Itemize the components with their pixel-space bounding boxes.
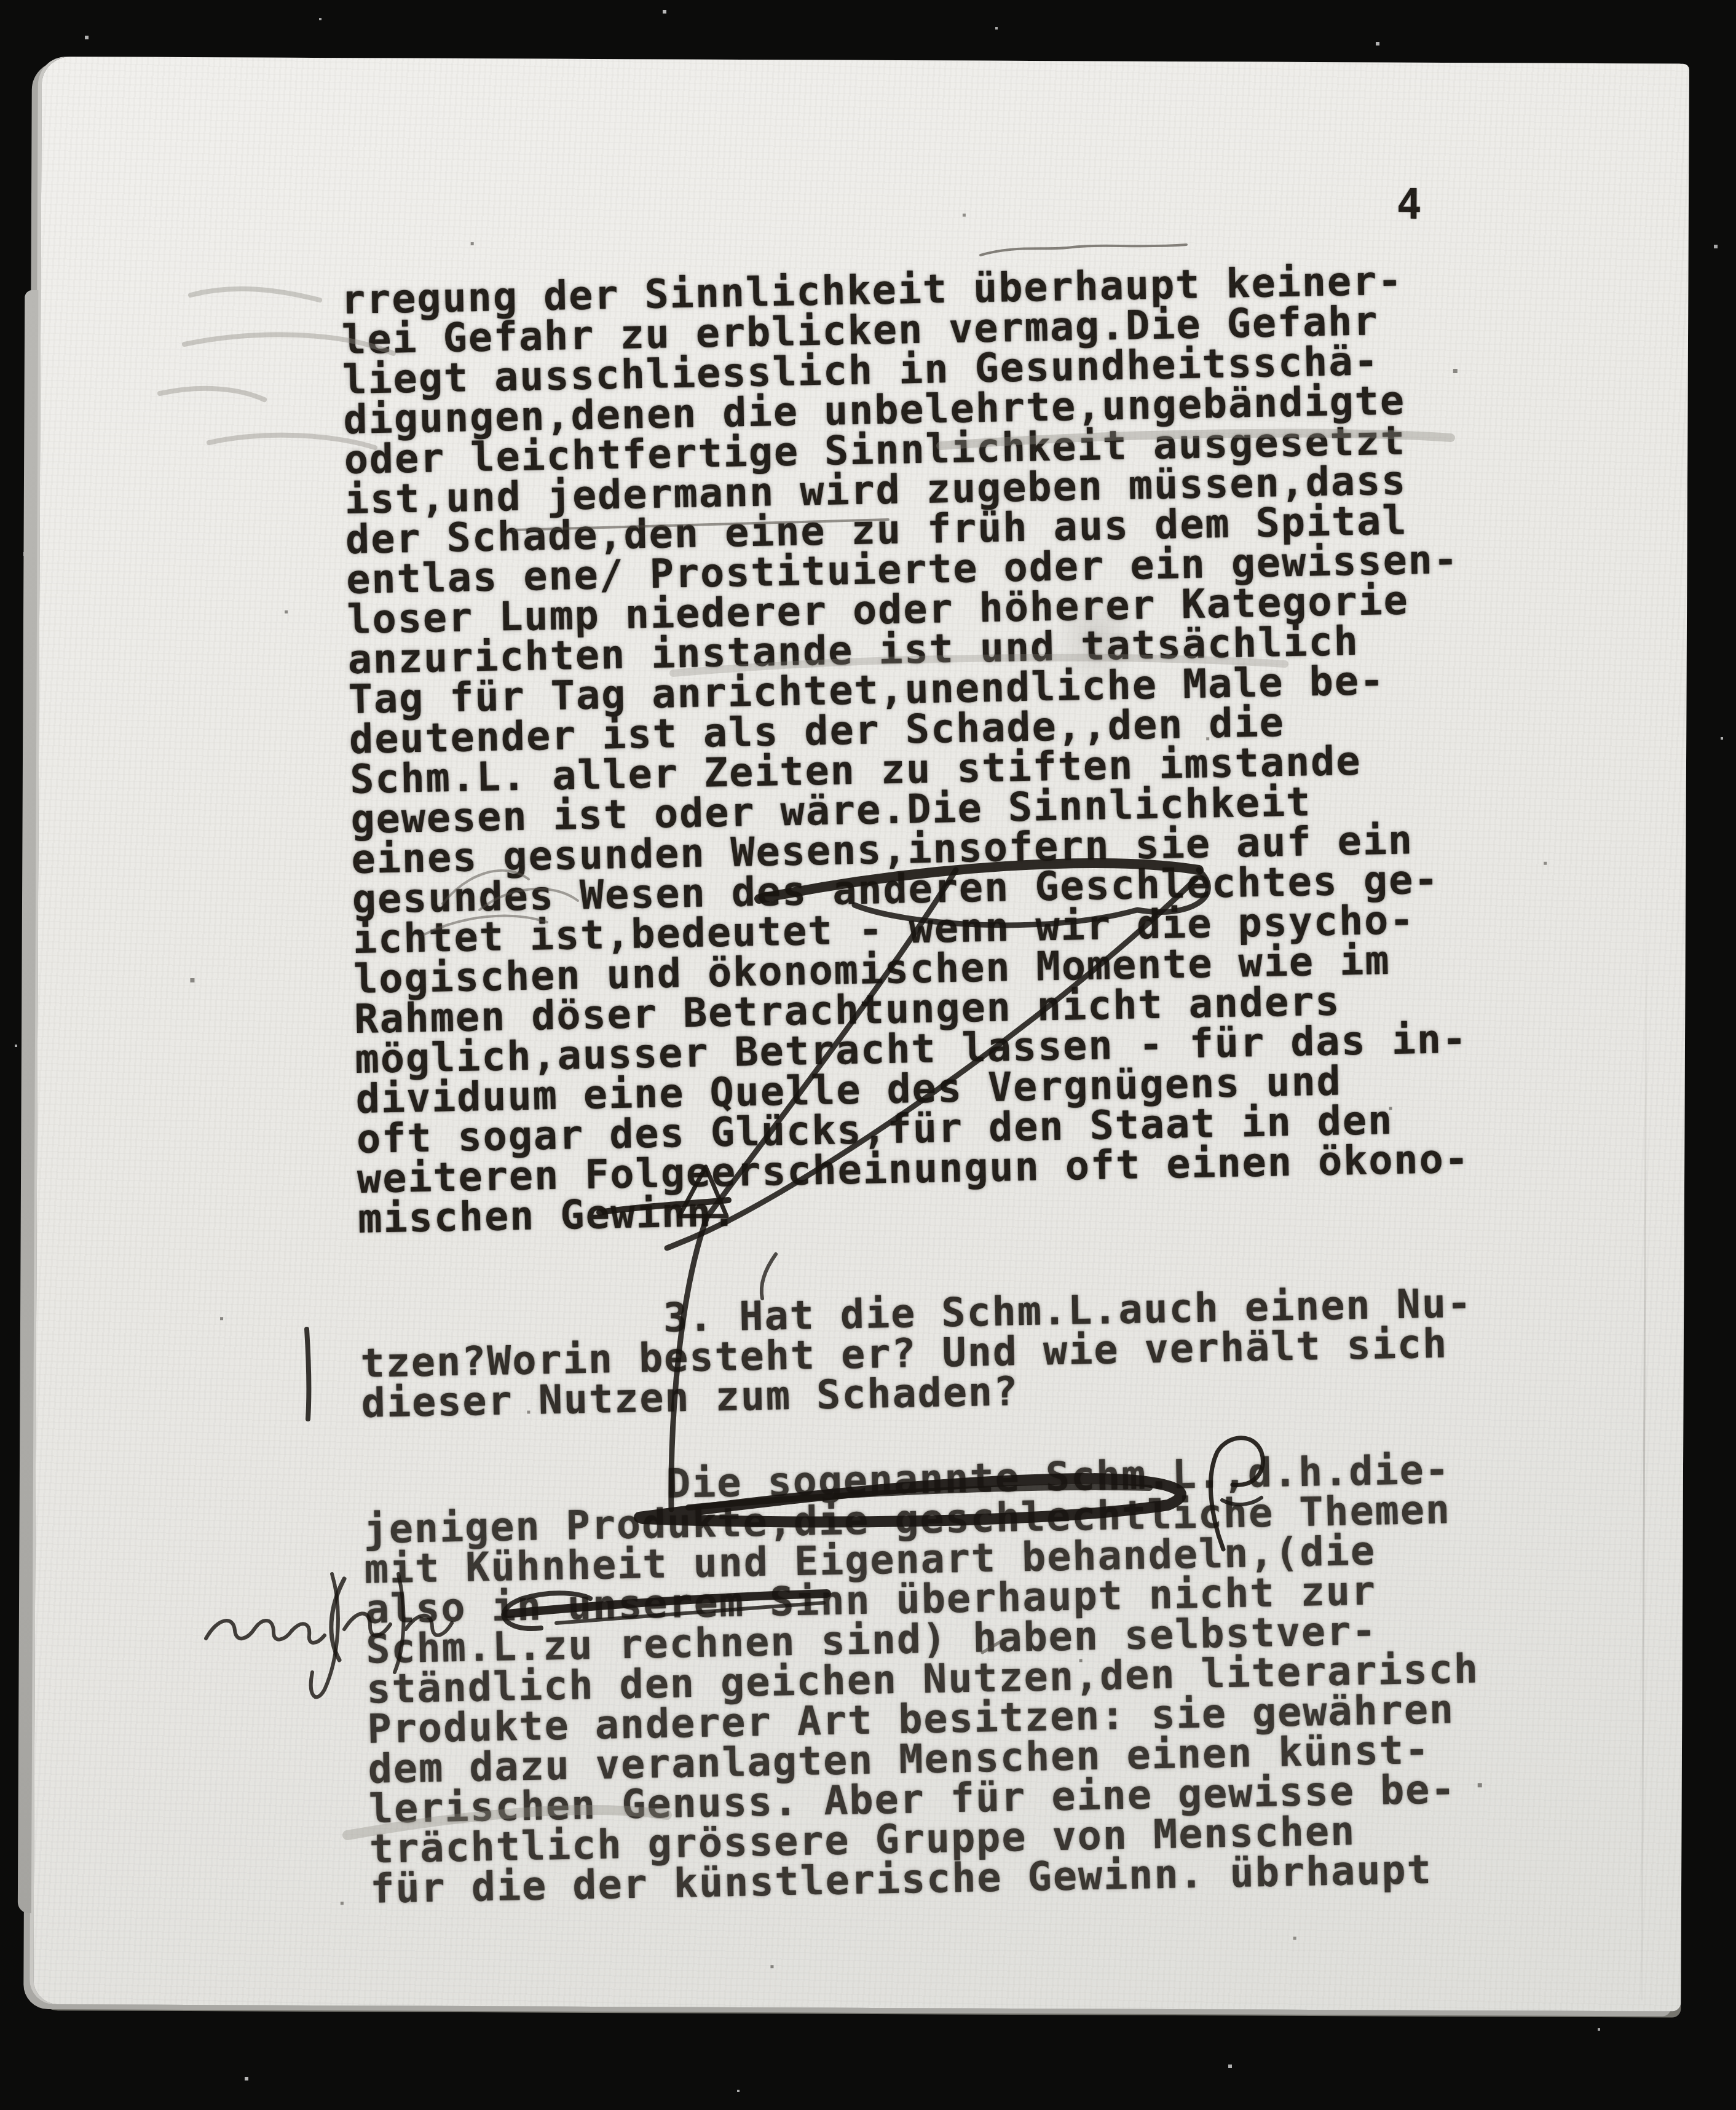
- page-number: 4: [1397, 184, 1422, 226]
- paragraph-1: rregung der Sinnlichkeit überhaupt keine…: [341, 259, 1526, 1239]
- text-segment: mischen Gewinn.: [358, 1190, 738, 1243]
- typewritten-text: rregung der Sinnlichkeit überhaupt keine…: [341, 259, 1538, 1909]
- film-dust-speckles: [0, 0, 1, 1]
- scanned-document-photo: { "page": { "number": "4" }, "colors": {…: [0, 0, 1736, 2110]
- paragraph-2: 3. Hat die Schm.L.auch einen Nu-tzen?Wor…: [360, 1282, 1529, 1424]
- paragraph-3: Die sogenannte Schm.L.,d.h.die-jenigen P…: [363, 1448, 1539, 1910]
- paper-dust-speckles: [42, 57, 44, 58]
- paper-sheet: 4 rregung der Sinnlichkeit überhaupt kei…: [33, 57, 1689, 2012]
- paper-crease: [1641, 893, 1647, 2000]
